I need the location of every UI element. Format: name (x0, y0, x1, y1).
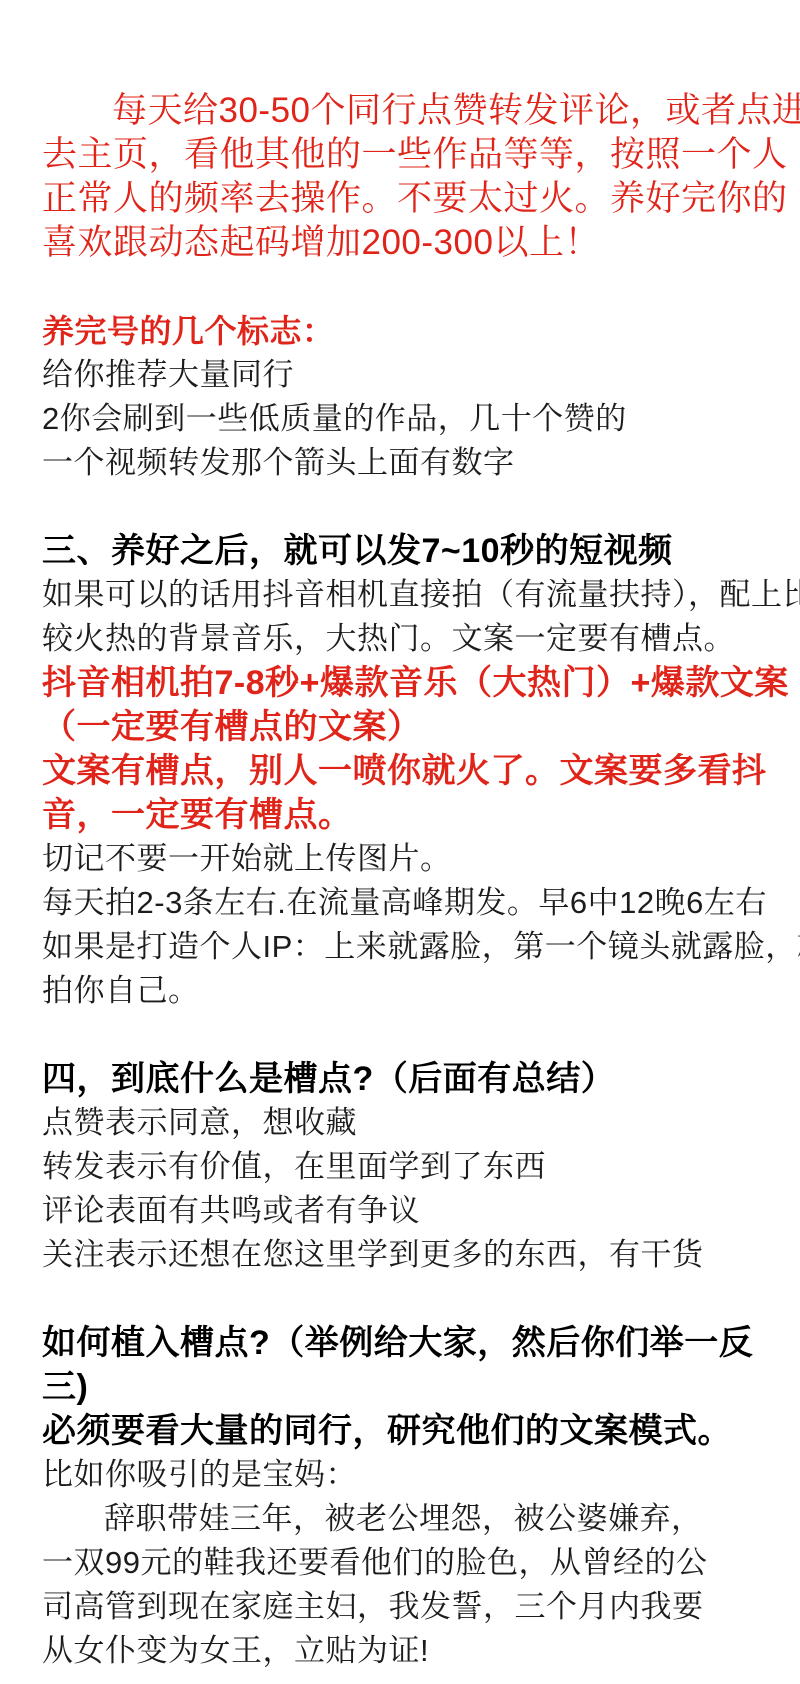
warmup-routine-line-3: 正常人的频率去操作。不要太过火。养好完你的 (42, 177, 788, 221)
meaning-of-forward: 转发表示有价值，在里面学到了东西 (42, 1145, 788, 1189)
section3-heading: 三、养好之后，就可以发7~10秒的短视频 (42, 529, 788, 573)
section3-camera-tip-line-1: 如果可以的话用抖音相机直接拍（有流量扶持），配上比 (42, 573, 788, 617)
tip-personal-ip-line-2: 拍你自己。 (42, 969, 788, 1013)
warmup-sign-forward-arrow-number: 一个视频转发那个箭头上面有数字 (42, 441, 788, 485)
warmup-signs-heading: 养完号的几个标志： (42, 309, 788, 353)
example-target-baoma: 比如你吸引的是宝妈： (42, 1453, 788, 1497)
tip-no-image-upload: 切记不要一开始就上传图片。 (42, 837, 788, 881)
warmup-routine-line-1: 每天给30-50个同行点赞转发评论，或者点进 (42, 89, 788, 133)
insert-caodian-heading-line-1: 如何植入槽点?（举例给大家，然后你们举一反 (42, 1321, 788, 1365)
baoma-example-line-4: 从女仆变为女王，立贴为证! (42, 1629, 788, 1673)
warmup-sign-low-quality-videos: 2你会刷到一些低质量的作品，几十个赞的 (42, 397, 788, 441)
section4-heading: 四，到底什么是槽点?（后面有总结） (42, 1057, 788, 1101)
warmup-routine-line-4: 喜欢跟动态起码增加200-300以上！ (42, 221, 788, 265)
warmup-routine-line-2: 去主页，看他其他的一些作品等等，按照一个人 (42, 133, 788, 177)
baoma-example-line-3: 司高管到现在家庭主妇，我发誓，三个月内我要 (42, 1585, 788, 1629)
study-peers-emphasis: 必须要看大量的同行，研究他们的文案模式。 (42, 1409, 788, 1453)
section3-camera-tip-line-2: 较火热的背景音乐，大热门。文案一定要有槽点。 (42, 617, 788, 661)
baoma-example-line-1: 辞职带娃三年，被老公埋怨，被公婆嫌弃， (42, 1497, 788, 1541)
meaning-of-follow: 关注表示还想在您这里学到更多的东西，有干货 (42, 1233, 788, 1277)
meaning-of-comment: 评论表面有共鸣或者有争议 (42, 1189, 788, 1233)
viral-formula-line-1: 抖音相机拍7-8秒+爆款音乐（大热门）+爆款文案 (42, 661, 788, 705)
tip-daily-posting-schedule: 每天拍2-3条左右.在流量高峰期发。早6中12晚6左右 (42, 881, 788, 925)
warmup-sign-recommend-peers: 给你推荐大量同行 (42, 353, 788, 397)
meaning-of-like: 点赞表示同意，想收藏 (42, 1101, 788, 1145)
insert-caodian-heading-line-2: 三) (42, 1365, 788, 1409)
caodian-effect-line-2: 音，一定要有槽点。 (42, 793, 788, 837)
caodian-effect-line-1: 文案有槽点，别人一喷你就火了。文案要多看抖 (42, 749, 788, 793)
document-page: 每天给30-50个同行点赞转发评论，或者点进 去主页，看他其他的一些作品等等，按… (0, 0, 800, 1684)
tip-personal-ip-line-1: 如果是打造个人IP：上来就露脸，第一个镜头就露脸，就 (42, 925, 788, 969)
viral-formula-line-2: （一定要有槽点的文案） (42, 705, 788, 749)
baoma-example-line-2: 一双99元的鞋我还要看他们的脸色，从曾经的公 (42, 1541, 788, 1585)
